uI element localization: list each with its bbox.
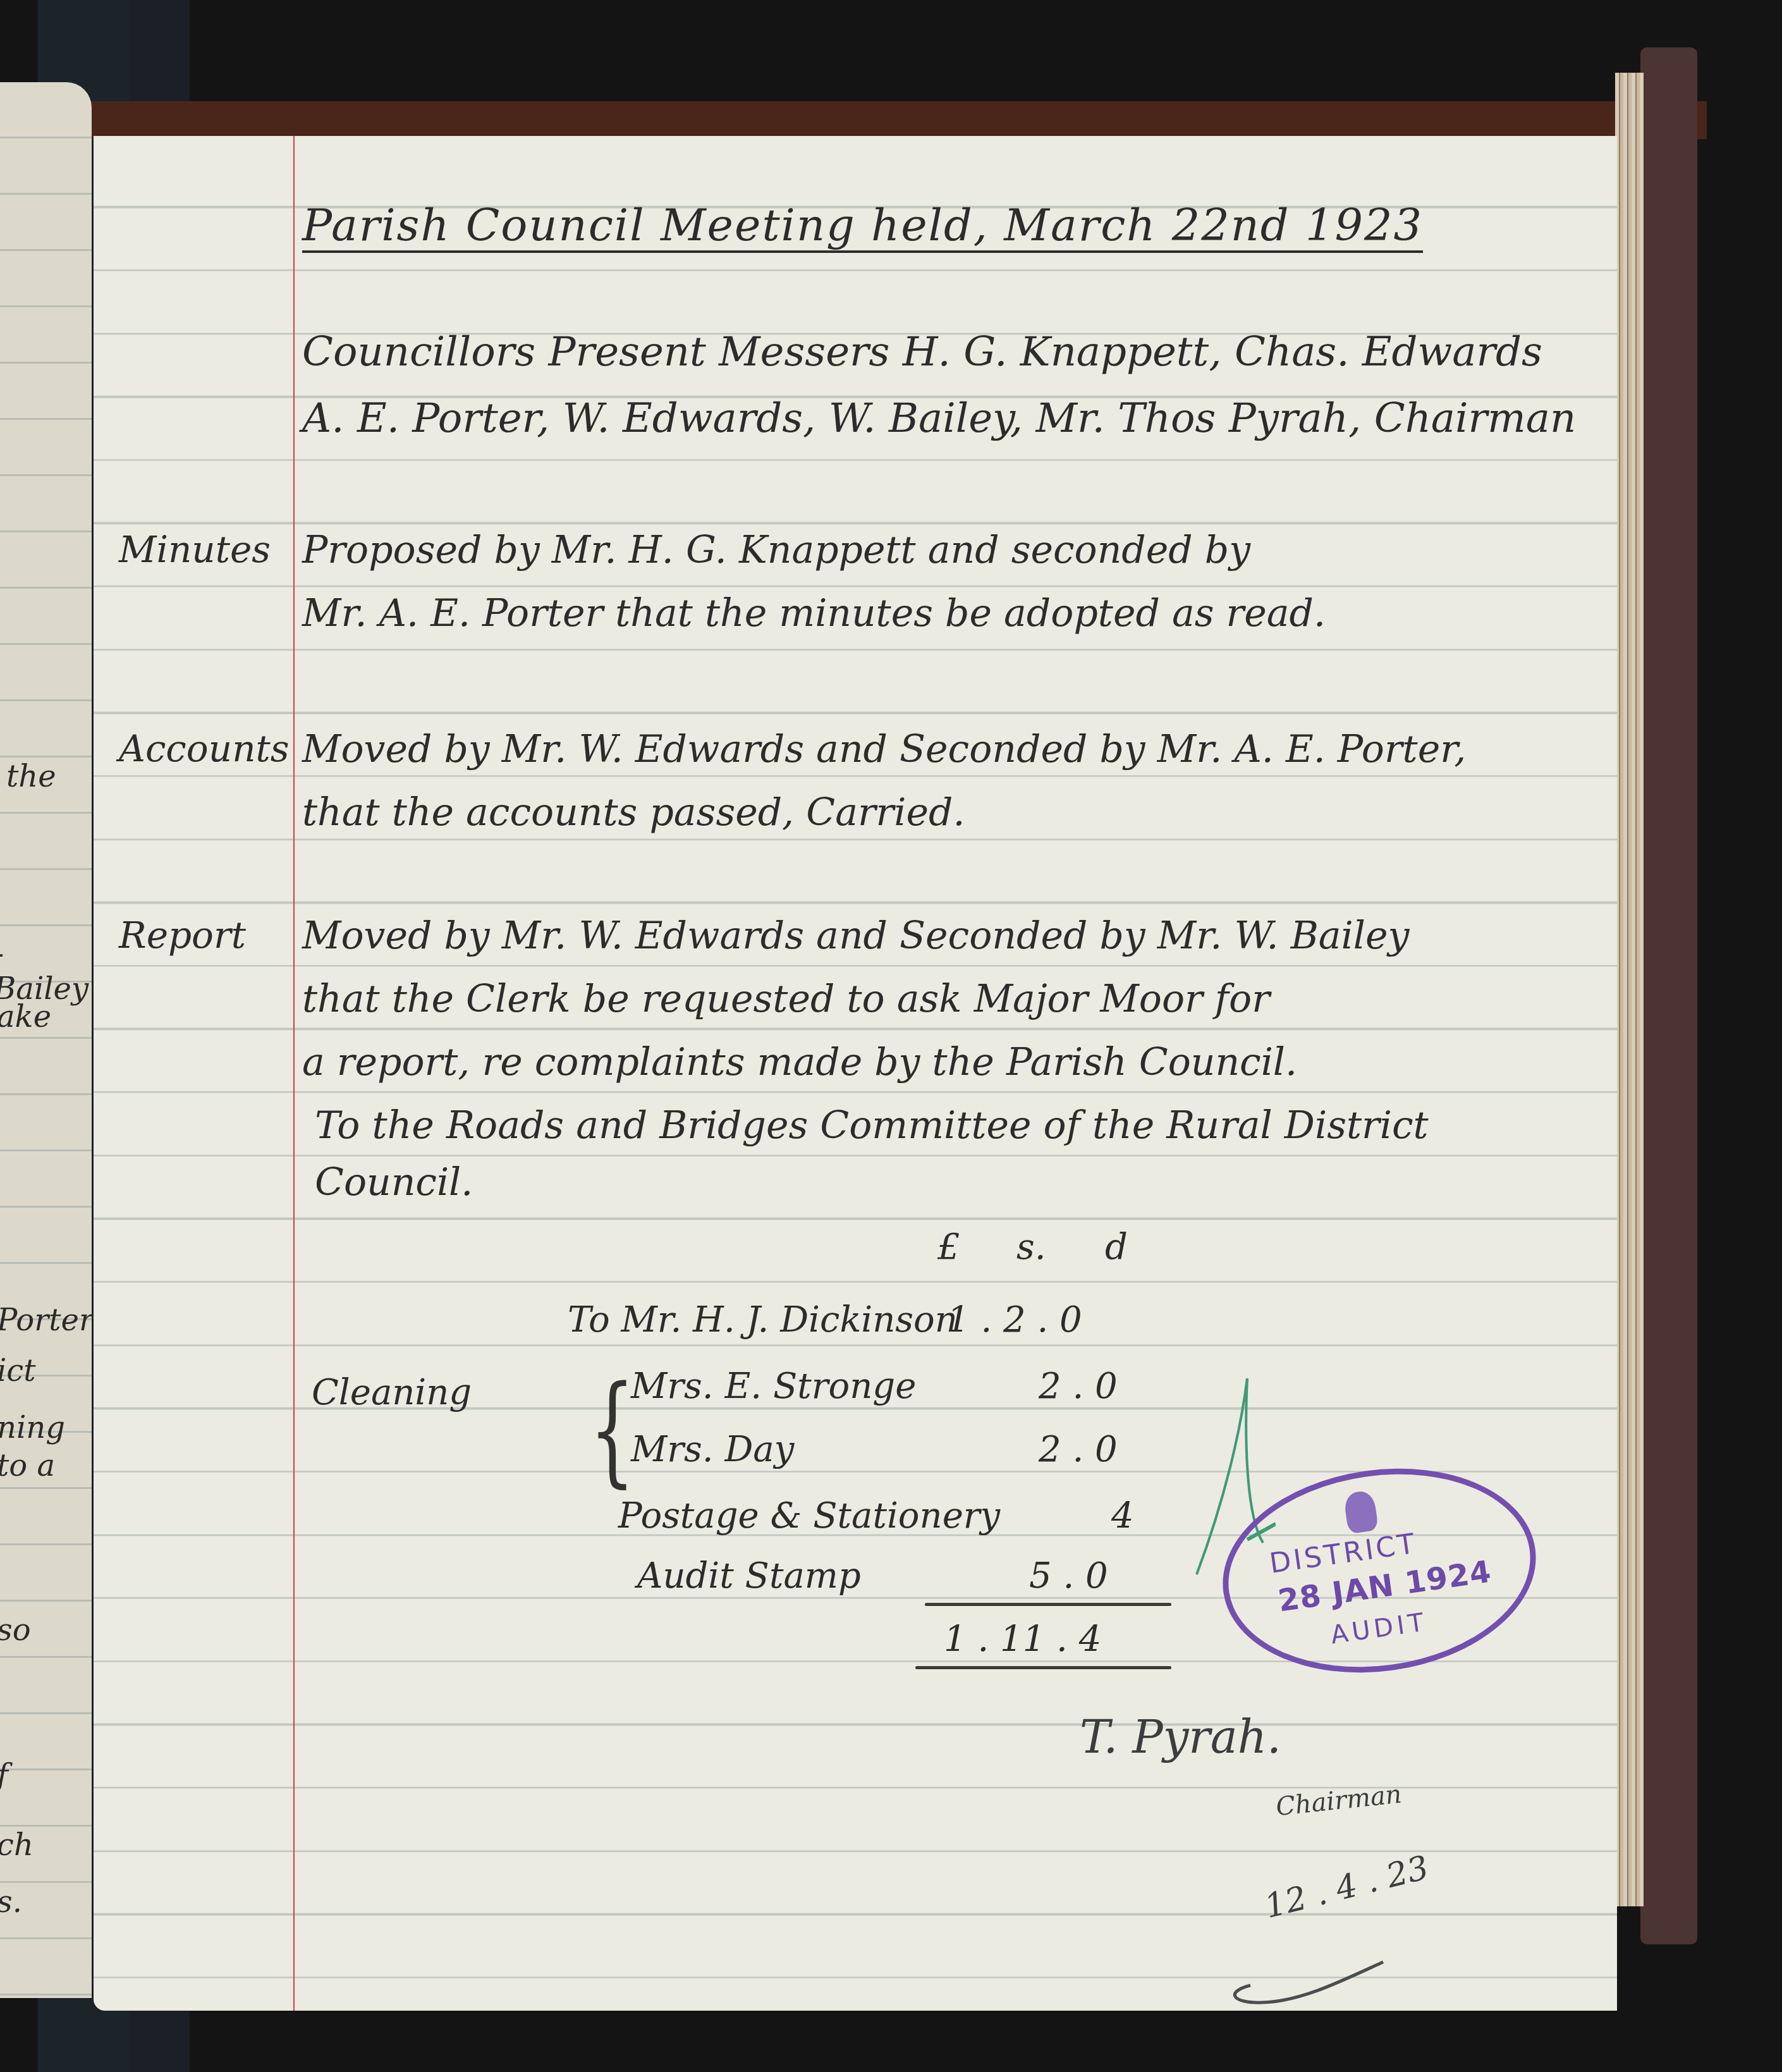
left-fragment: ict: [0, 1353, 36, 1388]
brace-symbol: {: [589, 1359, 635, 1499]
accounts-line-2: that the accounts passed, Carried.: [302, 790, 965, 835]
amount-row: 4: [1111, 1495, 1134, 1536]
payee-row: To Mr. H. J. Dickinson: [568, 1299, 958, 1340]
header-pounds: £: [937, 1227, 960, 1268]
item-label-accounts: Accounts: [119, 727, 290, 770]
header-pence: d: [1105, 1227, 1128, 1268]
item-label-minutes: Minutes: [119, 528, 271, 571]
item-label-report: Report: [119, 914, 246, 957]
amount-row: 5 . 0: [1029, 1555, 1108, 1597]
minutes-line-2: Mr. A. E. Porter that the minutes be ado…: [302, 591, 1326, 635]
signature-date: 12 . 4 . 23: [1261, 1849, 1432, 1926]
minutes-line-1: Proposed by Mr. H. G. Knappett and secon…: [302, 528, 1250, 572]
report-line-4: To the Roads and Bridges Committee of th…: [315, 1103, 1429, 1148]
payee-row: Mrs. Day: [631, 1429, 794, 1470]
total-amount: 1 . 11 . 4: [944, 1619, 1101, 1660]
left-fragment: Porter: [0, 1303, 94, 1338]
report-line-5: Council.: [315, 1160, 473, 1205]
accounts-line-1: Moved by Mr. W. Edwards and Seconded by …: [302, 727, 1466, 771]
left-fragment: s.: [0, 1884, 22, 1920]
attendance-line-2: A. E. Porter, W. Edwards, W. Bailey, Mr.…: [302, 395, 1576, 442]
attendance-line-1: Councillors Present Messers H. G. Knappe…: [302, 329, 1542, 376]
left-fragment: so: [0, 1612, 31, 1648]
book-cover-top-edge: [0, 101, 1707, 139]
left-fragment: ch: [0, 1827, 34, 1863]
category-cleaning: Cleaning: [312, 1372, 472, 1413]
crown-icon: [1343, 1490, 1379, 1534]
header-shillings: s.: [1016, 1227, 1046, 1268]
subtotal-rule: [925, 1603, 1171, 1606]
payee-row: Postage & Stationery: [618, 1495, 1000, 1536]
payee-row: Audit Stamp: [637, 1555, 861, 1597]
left-fragment: -Bailey: [0, 936, 92, 1007]
chairman-signature: T. Pyrah.: [1080, 1710, 1281, 1763]
page-stack-edges: [1615, 73, 1644, 1906]
report-line-3: a report, re complaints made by the Pari…: [302, 1040, 1297, 1084]
page-title: Parish Council Meeting held, March 22nd …: [302, 199, 1423, 251]
left-fragment: f: [0, 1758, 8, 1793]
flourish-mark-icon: [1225, 1957, 1389, 2014]
left-fragment: to a: [0, 1448, 55, 1483]
report-line-2: that the Clerk be requested to ask Major…: [302, 977, 1270, 1021]
left-fragment: ning: [0, 1410, 65, 1445]
left-fragment: the: [6, 759, 56, 794]
book-cover-right-edge: [1640, 47, 1697, 1944]
signature-role: Chairman: [1274, 1780, 1403, 1822]
left-page: the -Bailey ake Porter ict ning to a so …: [0, 82, 92, 1998]
stamp-bottom-text: AUDIT: [1329, 1607, 1429, 1650]
amount-row: 2 . 0: [1039, 1366, 1118, 1407]
amount-row: 2 . 0: [1039, 1429, 1118, 1470]
left-fragment: ake: [0, 999, 51, 1034]
report-line-1: Moved by Mr. W. Edwards and Seconded by …: [302, 914, 1409, 958]
red-margin-rule: [293, 136, 295, 2011]
minute-book-page: Parish Council Meeting held, March 22nd …: [94, 136, 1617, 2011]
payee-row: Mrs. E. Stronge: [631, 1366, 916, 1407]
amount-row: 1 . 2 . 0: [947, 1299, 1082, 1340]
total-rule: [915, 1666, 1171, 1669]
